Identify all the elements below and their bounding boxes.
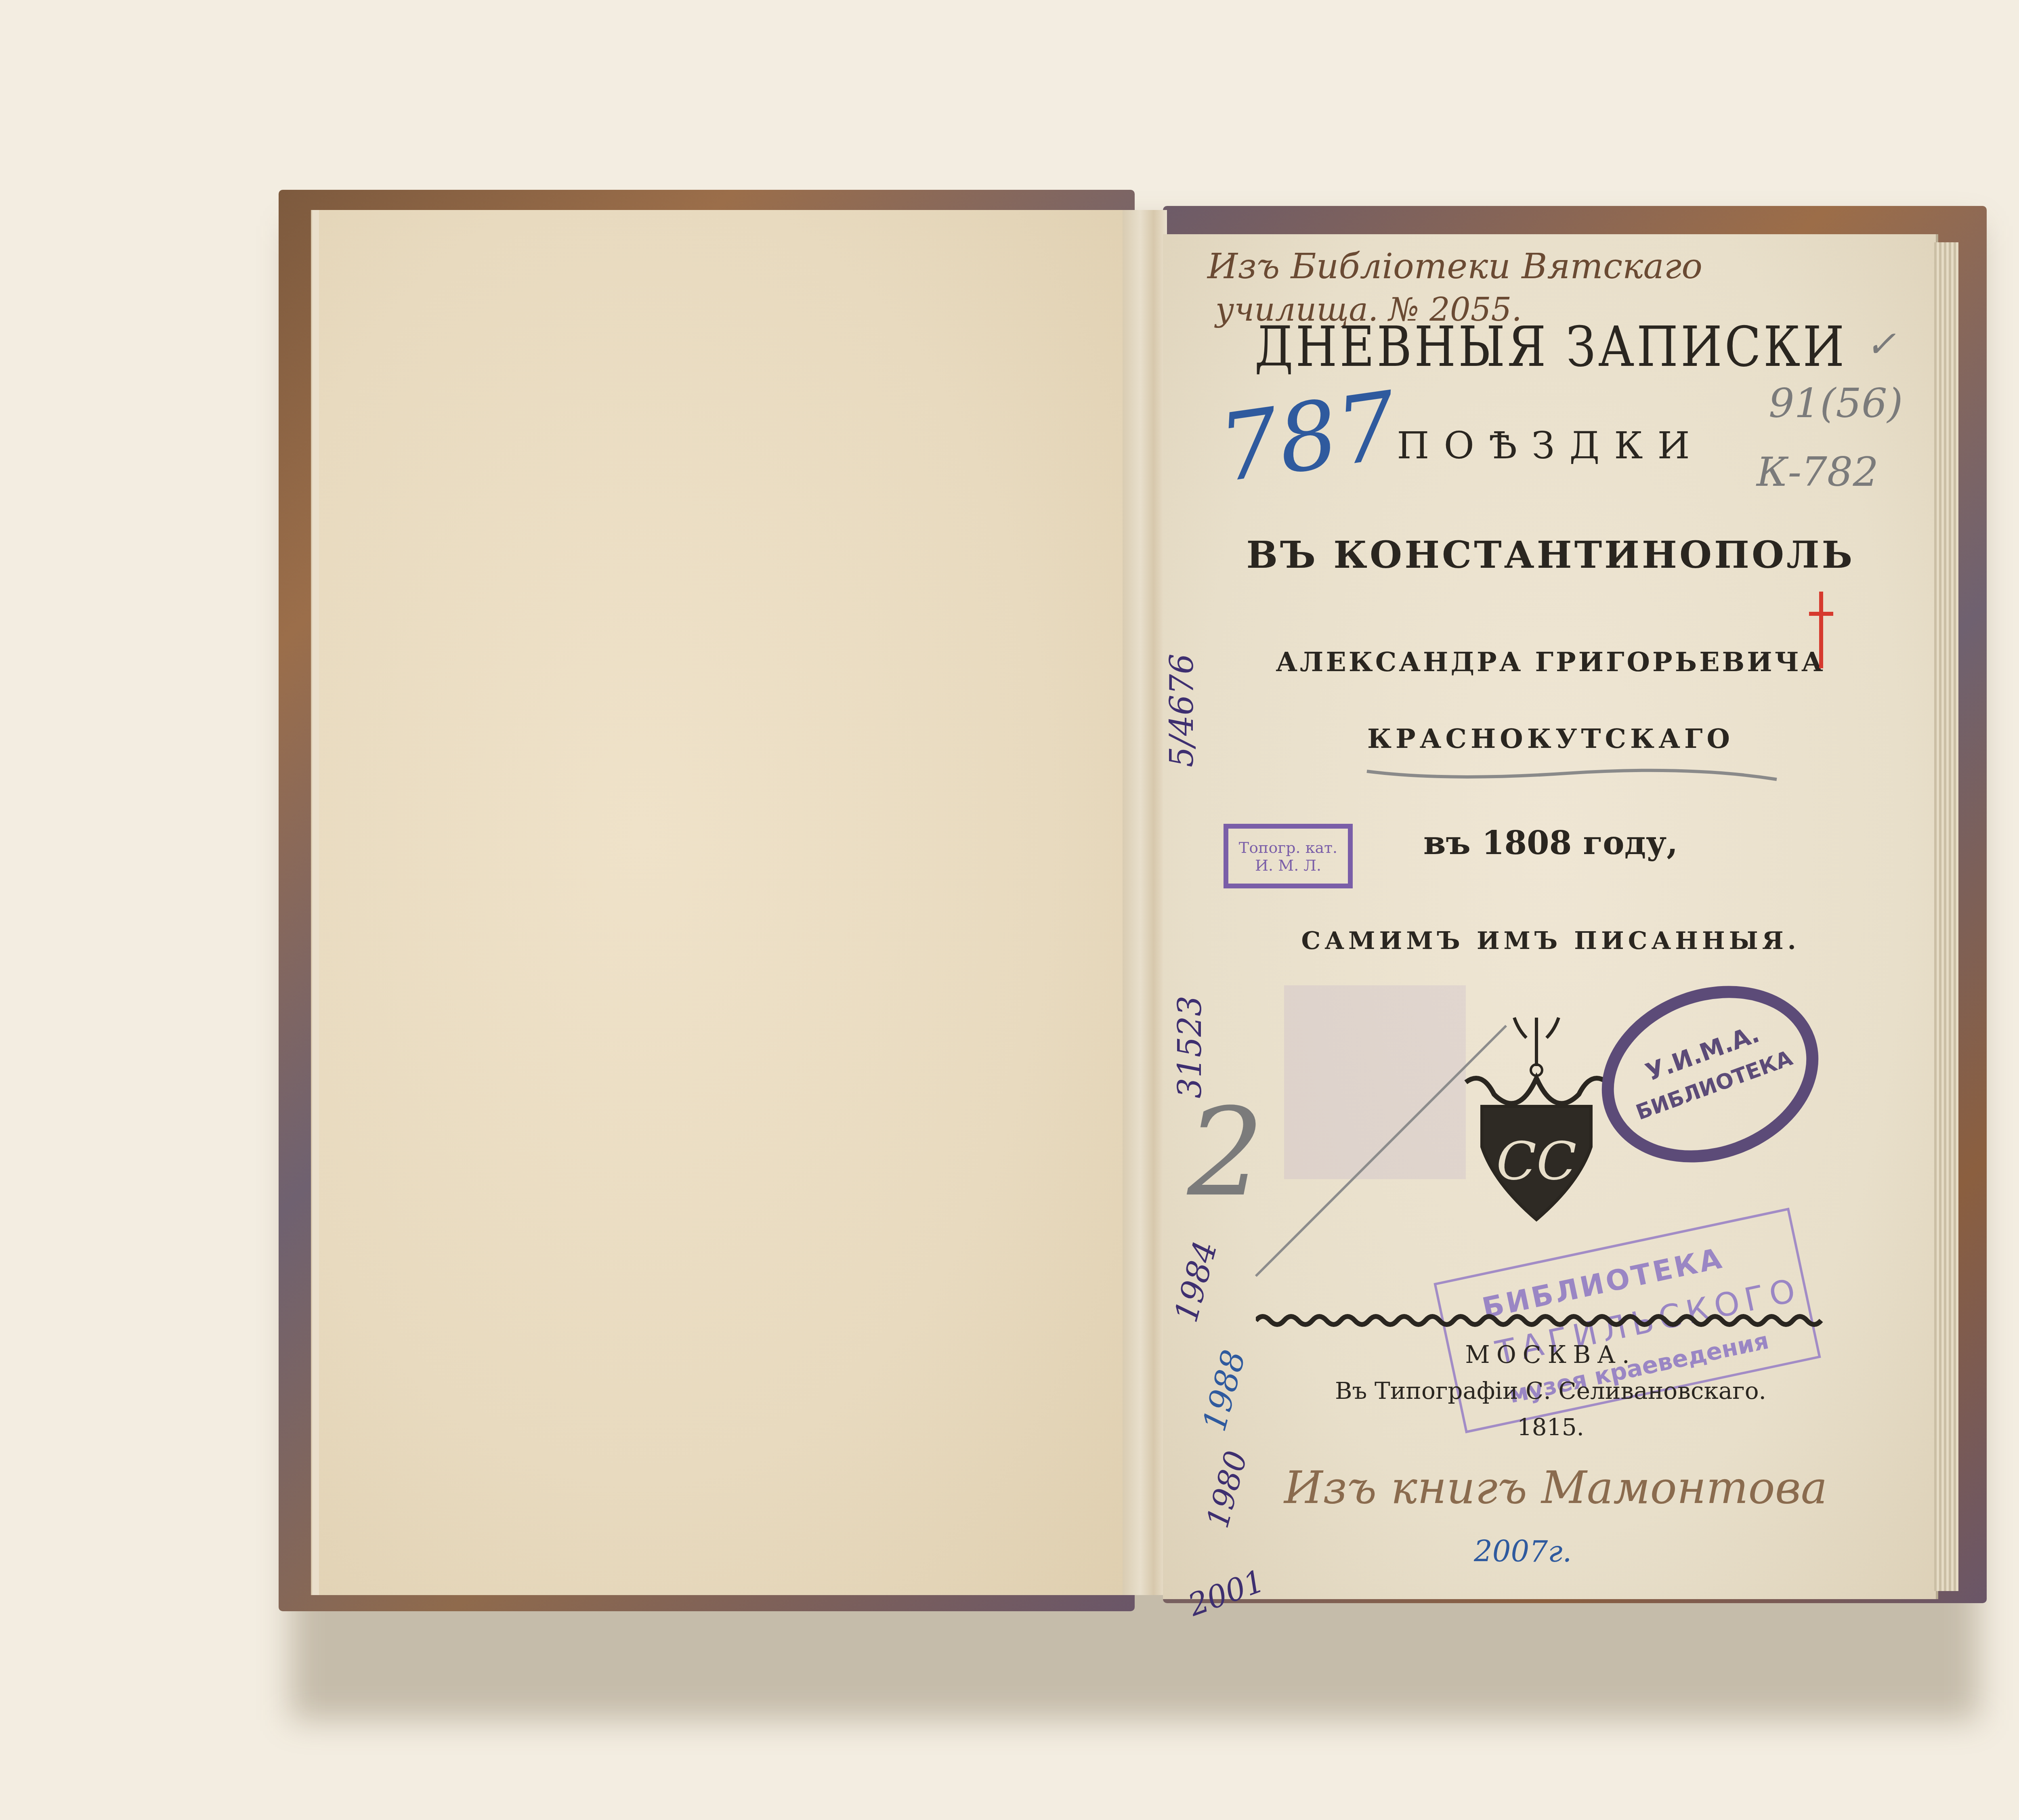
author-surname: КРАСНОКУТСКАГО <box>1163 723 1938 754</box>
blue-bottom-note: 2007г. <box>1474 1535 1572 1568</box>
imprint-printer: Въ Типографіи С. Селивановскаго. <box>1163 1377 1938 1404</box>
pencil-check-mark: ✓ <box>1866 323 1896 365</box>
pencil-class-number-1: 91(56) <box>1769 380 1903 427</box>
title-line-1: ДНЕВНЫЯ ЗАПИСКИ <box>1163 315 1938 379</box>
ornamental-shield-vignette: СС <box>1458 1014 1615 1224</box>
book-gutter <box>1123 210 1167 1595</box>
red-cross-mark <box>1809 590 1833 670</box>
wavy-rule <box>1256 1312 1829 1329</box>
stamp-line-2: И. М. Л. <box>1228 856 1348 874</box>
title-line-written-by: САМИМЪ ИМЪ ПИСАННЫЯ. <box>1163 927 1938 955</box>
monogram-text: СС <box>1496 1130 1577 1192</box>
stamp-line-1: Топогр. кат. <box>1228 839 1348 856</box>
imprint-year: 1815. <box>1163 1413 1938 1441</box>
pencil-class-number-2: К-782 <box>1757 448 1878 495</box>
inscription-line-1: Изъ Библіотеки Вятскаго <box>1207 246 1702 287</box>
ownership-inscription: Изъ книгъ Мамонтова <box>1284 1462 1827 1514</box>
pencil-underline <box>1365 759 1781 783</box>
topographic-catalog-stamp: Топогр. кат. И. М. Л. <box>1224 824 1353 888</box>
title-line-3: ВЪ КОНСТАНТИНОПОЛЬ <box>1163 533 1938 577</box>
left-blank-page <box>319 210 1123 1595</box>
imprint-city: МОСКВА. <box>1163 1341 1938 1369</box>
purple-vertical-number: 5/4676 <box>1163 654 1200 767</box>
